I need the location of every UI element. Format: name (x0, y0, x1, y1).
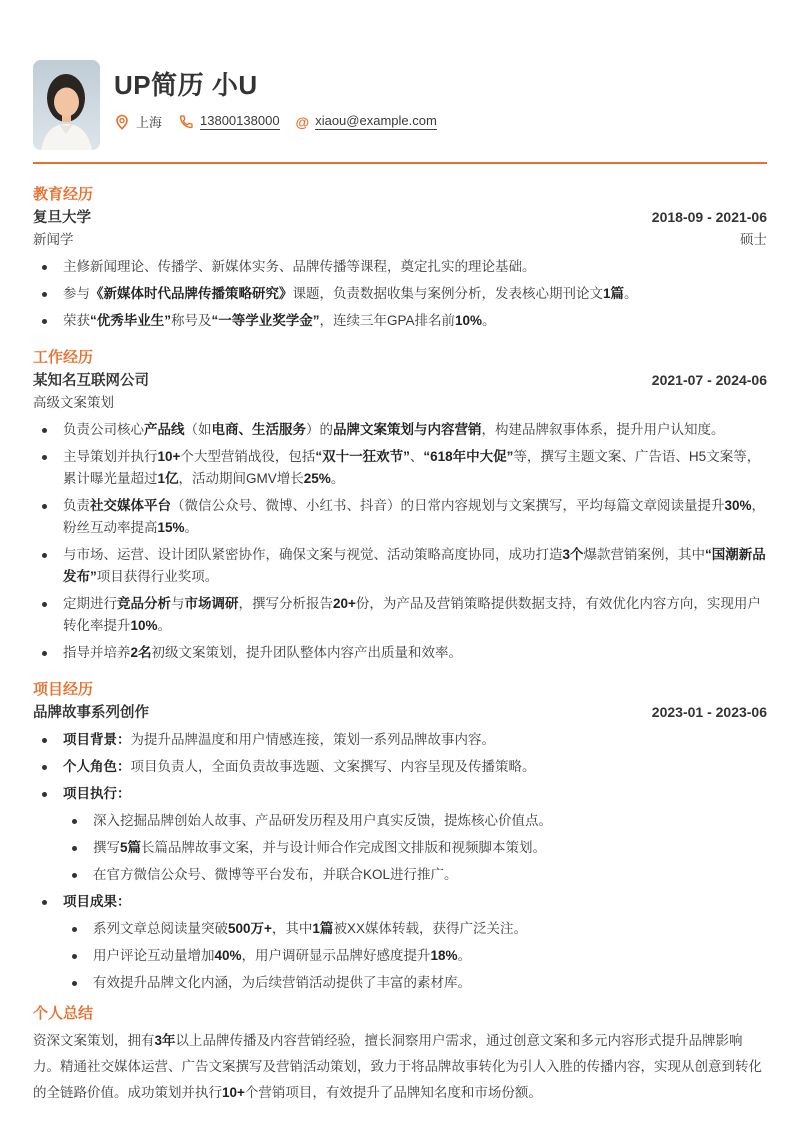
bullet-item: 与市场、运营、设计团队紧密协作，确保文案与视觉、活动策略高度协同，成功打造3个爆… (33, 544, 767, 588)
bullet-item: 负责公司核心产品线（如电商、生活服务）的品牌文案策划与内容营销，构建品牌叙事体系… (33, 419, 767, 441)
company-name: 某知名互联网公司 (33, 371, 149, 391)
phone-item: 13800138000 (178, 113, 280, 130)
resume-header: UP简历 小U 上海 13800138000 @ (33, 0, 767, 150)
sub-bullet-list: 系列文章总阅读量突破500万+，其中1篇被XX媒体转载，获得广泛关注。用户评论互… (63, 918, 767, 994)
project-name: 品牌故事系列创作 (33, 703, 149, 723)
bullet-item: 主修新闻理论、传播学、新媒体实务、品牌传播等课程，奠定扎实的理论基础。 (33, 256, 767, 278)
education-bullet-list: 主修新闻理论、传播学、新媒体实务、品牌传播等课程，奠定扎实的理论基础。参与《新媒… (33, 256, 767, 332)
project-org-row: 品牌故事系列创作 2023-01 - 2023-06 (33, 702, 767, 723)
bullet-item: 主导策划并执行10+个大型营销战役，包括“双十一狂欢节”、“618年中大促”等，… (33, 446, 767, 490)
resume-page: UP简历 小U 上海 13800138000 @ (0, 0, 800, 1106)
section-summary: 个人总结 资深文案策划，拥有3年以上品牌传播及内容营销经验，擅长洞察用户需求，通… (33, 1004, 767, 1106)
work-date-range: 2021-07 - 2024-06 (652, 370, 767, 390)
sub-bullet-item: 有效提升品牌文化内涵，为后续营销活动提供了丰富的素材库。 (63, 972, 767, 994)
work-sub-row: 高级文案策划 (33, 393, 767, 413)
section-work: 工作经历 某知名互联网公司 2021-07 - 2024-06 高级文案策划 负… (33, 348, 767, 664)
bullet-item: 项目成果：系列文章总阅读量突破500万+，其中1篇被XX媒体转载，获得广泛关注。… (33, 891, 767, 994)
at-icon: @ (296, 114, 310, 130)
candidate-name: UP简历 小U (114, 70, 453, 100)
section-education: 教育经历 复旦大学 2018-09 - 2021-06 新闻学 硕士 主修新闻理… (33, 185, 767, 332)
summary-paragraph: 资深文案策划，拥有3年以上品牌传播及内容营销经验，擅长洞察用户需求，通过创意文案… (33, 1028, 767, 1106)
section-project: 项目经历 品牌故事系列创作 2023-01 - 2023-06 项目背景：为提升… (33, 680, 767, 994)
sub-bullet-item: 系列文章总阅读量突破500万+，其中1篇被XX媒体转载，获得广泛关注。 (63, 918, 767, 940)
work-bullet-list: 负责公司核心产品线（如电商、生活服务）的品牌文案策划与内容营销，构建品牌叙事体系… (33, 419, 767, 664)
sub-bullet-list: 深入挖掘品牌创始人故事、产品研发历程及用户真实反馈，提炼核心价值点。撰写5篇长篇… (63, 810, 767, 886)
header-divider (33, 162, 767, 164)
bullet-item: 荣获“优秀毕业生”称号及“一等学业奖学金”，连续三年GPA排名前10%。 (33, 310, 767, 332)
bullet-item: 指导并培养2名初级文案策划，提升团队整体内容产出质量和效率。 (33, 642, 767, 664)
bullet-item: 定期进行竞品分析与市场调研，撰写分析报告20+份，为产品及营销策略提供数据支持，… (33, 593, 767, 637)
project-section-title: 项目经历 (33, 680, 767, 700)
education-date-range: 2018-09 - 2021-06 (652, 207, 767, 227)
education-section-title: 教育经历 (33, 185, 767, 205)
bullet-item: 参与《新媒体时代品牌传播策略研究》课题，负责数据收集与案例分析，发表核心期刊论文… (33, 283, 767, 305)
location-item: 上海 (114, 112, 162, 131)
major-name: 新闻学 (33, 230, 74, 250)
contact-row: 上海 13800138000 @ xiaou@example.com (114, 112, 453, 131)
profile-photo-illustration (33, 60, 100, 150)
work-org-row: 某知名互联网公司 2021-07 - 2024-06 (33, 370, 767, 391)
bullet-item: 个人角色：项目负责人，全面负责故事选题、文案撰写、内容呈现及传播策略。 (33, 756, 767, 778)
phone-icon (178, 114, 194, 130)
sub-bullet-item: 用户评论互动量增加40%，用户调研显示品牌好感度提升18%。 (63, 945, 767, 967)
project-bullet-list: 项目背景：为提升品牌温度和用户情感连接，策划一系列品牌故事内容。个人角色：项目负… (33, 729, 767, 994)
bullet-item: 项目执行：深入挖掘品牌创始人故事、产品研发历程及用户真实反馈，提炼核心价值点。撰… (33, 783, 767, 886)
header-info: UP简历 小U 上海 13800138000 @ (114, 60, 453, 150)
education-org-row: 复旦大学 2018-09 - 2021-06 (33, 207, 767, 228)
work-section-title: 工作经历 (33, 348, 767, 368)
job-title: 高级文案策划 (33, 393, 114, 413)
degree-name: 硕士 (740, 230, 767, 250)
bullet-item: 项目背景：为提升品牌温度和用户情感连接，策划一系列品牌故事内容。 (33, 729, 767, 751)
school-name: 复旦大学 (33, 208, 91, 228)
email-item: @ xiaou@example.com (296, 113, 437, 130)
sub-bullet-item: 深入挖掘品牌创始人故事、产品研发历程及用户真实反馈，提炼核心价值点。 (63, 810, 767, 832)
education-sub-row: 新闻学 硕士 (33, 230, 767, 250)
profile-photo (33, 60, 100, 150)
location-pin-icon (114, 114, 130, 130)
project-date-range: 2023-01 - 2023-06 (652, 702, 767, 722)
location-text: 上海 (136, 112, 162, 131)
email-link[interactable]: xiaou@example.com (315, 113, 437, 130)
bullet-item: 负责社交媒体平台（微信公众号、微博、小红书、抖音）的日常内容规划与文案撰写，平均… (33, 495, 767, 539)
summary-section-title: 个人总结 (33, 1004, 767, 1024)
sub-bullet-item: 在官方微信公众号、微博等平台发布，并联合KOL进行推广。 (63, 864, 767, 886)
phone-link[interactable]: 13800138000 (200, 113, 280, 130)
sub-bullet-item: 撰写5篇长篇品牌故事文案，并与设计师合作完成图文排版和视频脚本策划。 (63, 837, 767, 859)
